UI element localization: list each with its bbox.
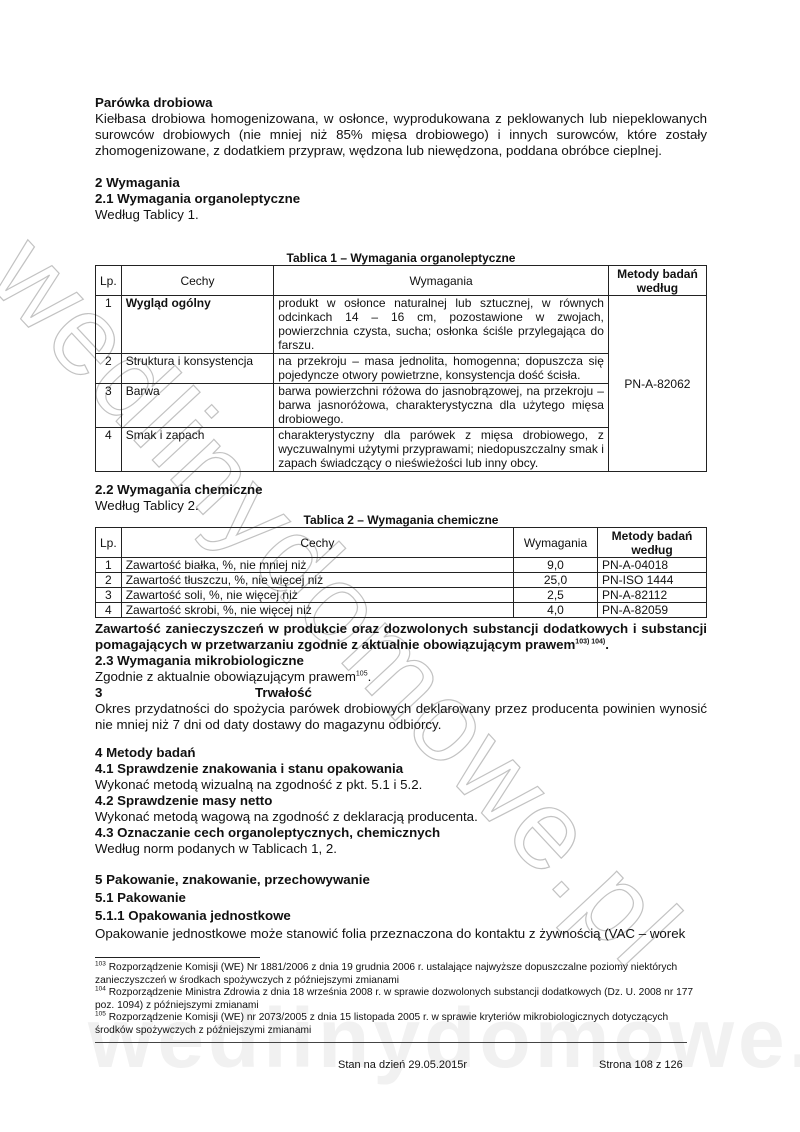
row-lp: 4 xyxy=(96,603,122,618)
row-lp: 1 xyxy=(96,558,122,573)
section-2-3: 2.3 Wymagania mikrobiologiczne Zgodnie z… xyxy=(95,653,707,685)
header-metody: Metody badań według xyxy=(598,528,707,558)
footnote-number: 104 xyxy=(95,986,106,993)
header-cechy: Cechy xyxy=(121,528,513,558)
footnote-ref: 105 xyxy=(356,671,368,678)
row-cecha: Barwa xyxy=(121,384,274,428)
row-wymagania: 2,5 xyxy=(514,588,598,603)
product-title: Parówka drobiowa xyxy=(95,95,707,111)
section-2-3-text: Zgodnie z aktualnie obowiązującym prawem xyxy=(95,669,356,684)
section-3-heading: Trwałość xyxy=(255,685,312,701)
row-metoda: PN-ISO 1444 xyxy=(598,573,707,588)
footnote-103: 103 Rozporządzenie Komisji (WE) Nr 1881/… xyxy=(95,962,707,987)
contaminants-end: . xyxy=(605,637,609,652)
section-5-1-1-heading: 5.1.1 Opakowania jednostkowe xyxy=(95,907,707,925)
header-metody: Metody badań według xyxy=(608,266,706,296)
row-wymagania: 4,0 xyxy=(514,603,598,618)
row-wymagania: 25,0 xyxy=(514,573,598,588)
product-description: Kiełbasa drobiowa homogenizowana, w osło… xyxy=(95,111,707,159)
table-row: 1 Wygląd ogólny produkt w osłonce natura… xyxy=(96,296,707,354)
table-2-caption: Tablica 2 – Wymagania chemiczne xyxy=(95,513,707,527)
footnotes: 103 Rozporządzenie Komisji (WE) Nr 1881/… xyxy=(95,962,707,1038)
footnote-104: 104 Rozporządzenie Ministra Zdrowia z dn… xyxy=(95,987,707,1012)
section-2-1-heading: 2.1 Wymagania organoleptyczne xyxy=(95,191,707,207)
method-cell: PN-A-82062 xyxy=(608,296,706,472)
row-lp: 3 xyxy=(96,384,122,428)
section-4-3-text: Według norm podanych w Tablicach 1, 2. xyxy=(95,841,707,857)
table-row: 2 Zawartość tłuszczu, %, nie więcej niż … xyxy=(96,573,707,588)
section-5-1-heading: 5.1 Pakowanie xyxy=(95,889,707,907)
footnote-number: 103 xyxy=(95,961,106,968)
section-4-1-text: Wykonać metodą wizualną na zgodność z pk… xyxy=(95,777,707,793)
row-wymagania: 9,0 xyxy=(514,558,598,573)
header-wymagania: Wymagania xyxy=(514,528,598,558)
header-wymagania: Wymagania xyxy=(274,266,609,296)
row-cecha: Zawartość skrobi, %, nie więcej niż xyxy=(121,603,513,618)
row-metoda: PN-A-82059 xyxy=(598,603,707,618)
row-cecha: Smak i zapach xyxy=(121,428,274,472)
footnote-105: 105 Rozporządzenie Komisji (WE) nr 2073/… xyxy=(95,1012,707,1037)
row-lp: 3 xyxy=(96,588,122,603)
table-1-caption: Tablica 1 – Wymagania organoleptyczne xyxy=(95,251,707,265)
section-2-2-heading: 2.2 Wymagania chemiczne xyxy=(95,482,707,498)
row-cecha: Zawartość soli, %, nie więcej niż xyxy=(121,588,513,603)
section-2-heading: 2 Wymagania xyxy=(95,175,707,191)
requirements-section: 2 Wymagania 2.1 Wymagania organoleptyczn… xyxy=(95,175,707,223)
section-3: 3 Trwałość Okres przydatności do spożyci… xyxy=(95,685,707,733)
footnote-number: 105 xyxy=(95,1011,106,1018)
footnote-ref: 103) 104) xyxy=(575,639,605,646)
section-4-2-heading: 4.2 Sprawdzenie masy netto xyxy=(95,793,707,809)
table-row: 3 Zawartość soli, %, nie więcej niż 2,5 … xyxy=(96,588,707,603)
row-lp: 2 xyxy=(96,354,122,384)
row-wymagania: produkt w osłonce naturalnej lub sztuczn… xyxy=(274,296,609,354)
row-metoda: PN-A-82112 xyxy=(598,588,707,603)
header-lp: Lp. xyxy=(96,528,122,558)
section-2-2: 2.2 Wymagania chemiczne Według Tablicy 2… xyxy=(95,482,707,514)
row-wymagania: charakterystyczny dla parówek z mięsa dr… xyxy=(274,428,609,472)
table-row: 4 Zawartość skrobi, %, nie więcej niż 4,… xyxy=(96,603,707,618)
footer-page-number: Strona 108 z 126 xyxy=(599,1059,683,1071)
table-2-header: Lp. Cechy Wymagania Metody badań według xyxy=(96,528,707,558)
section-5-heading: 5 Pakowanie, znakowanie, przechowywanie xyxy=(95,871,707,889)
header-lp: Lp. xyxy=(96,266,122,296)
section-4-2-text: Wykonać metodą wagową na zgodność z dekl… xyxy=(95,809,707,825)
section-4-1-heading: 4.1 Sprawdzenie znakowania i stanu opako… xyxy=(95,761,707,777)
footnote-text: Rozporządzenie Komisji (WE) nr 2073/2005… xyxy=(95,1012,668,1036)
row-cecha: Struktura i konsystencja xyxy=(121,354,274,384)
contaminants-text: Zawartość zanieczyszczeń w produkcie ora… xyxy=(95,621,707,652)
section-4: 4 Metody badań 4.1 Sprawdzenie znakowani… xyxy=(95,745,707,857)
section-4-3-heading: 4.3 Oznaczanie cech organoleptycznych, c… xyxy=(95,825,707,841)
footnote-divider xyxy=(95,957,260,958)
row-wymagania: na przekroju – masa jednolita, homogenna… xyxy=(274,354,609,384)
intro-section: Parówka drobiowa Kiełbasa drobiowa homog… xyxy=(95,95,707,159)
row-lp: 1 xyxy=(96,296,122,354)
section-2-3-end: . xyxy=(368,669,372,684)
row-lp: 2 xyxy=(96,573,122,588)
row-cecha: Zawartość białka, %, nie mniej niż xyxy=(121,558,513,573)
table-1-header: Lp. Cechy Wymagania Metody badań według xyxy=(96,266,707,296)
row-lp: 4 xyxy=(96,428,122,472)
section-4-heading: 4 Metody badań xyxy=(95,745,707,761)
header-cechy: Cechy xyxy=(121,266,274,296)
section-2-1-text: Według Tablicy 1. xyxy=(95,207,707,223)
footnote-text: Rozporządzenie Komisji (WE) Nr 1881/2006… xyxy=(95,962,677,986)
footer-date: Stan na dzień 29.05.2015r xyxy=(338,1059,467,1071)
contaminants-paragraph: Zawartość zanieczyszczeń w produkcie ora… xyxy=(95,621,707,653)
table-1: Tablica 1 – Wymagania organoleptyczne Lp… xyxy=(95,251,707,472)
row-metoda: PN-A-04018 xyxy=(598,558,707,573)
section-3-text: Okres przydatności do spożycia parówek d… xyxy=(95,701,707,733)
table-2: Tablica 2 – Wymagania chemiczne Lp. Cech… xyxy=(95,513,707,618)
section-5: 5 Pakowanie, znakowanie, przechowywanie … xyxy=(95,871,707,943)
row-wymagania: barwa powierzchni różowa do jasnobrązowe… xyxy=(274,384,609,428)
section-5-1-1-text: Opakowanie jednostkowe może stanowić fol… xyxy=(95,925,707,943)
section-2-2-text: Według Tablicy 2. xyxy=(95,498,707,514)
table-row: 1 Zawartość białka, %, nie mniej niż 9,0… xyxy=(96,558,707,573)
row-cecha: Wygląd ogólny xyxy=(121,296,274,354)
section-3-number: 3 xyxy=(95,685,102,700)
section-2-3-heading: 2.3 Wymagania mikrobiologiczne xyxy=(95,653,707,669)
footnote-text: Rozporządzenie Ministra Zdrowia z dnia 1… xyxy=(95,987,693,1011)
footer-divider xyxy=(95,1042,687,1043)
row-cecha: Zawartość tłuszczu, %, nie więcej niż xyxy=(121,573,513,588)
